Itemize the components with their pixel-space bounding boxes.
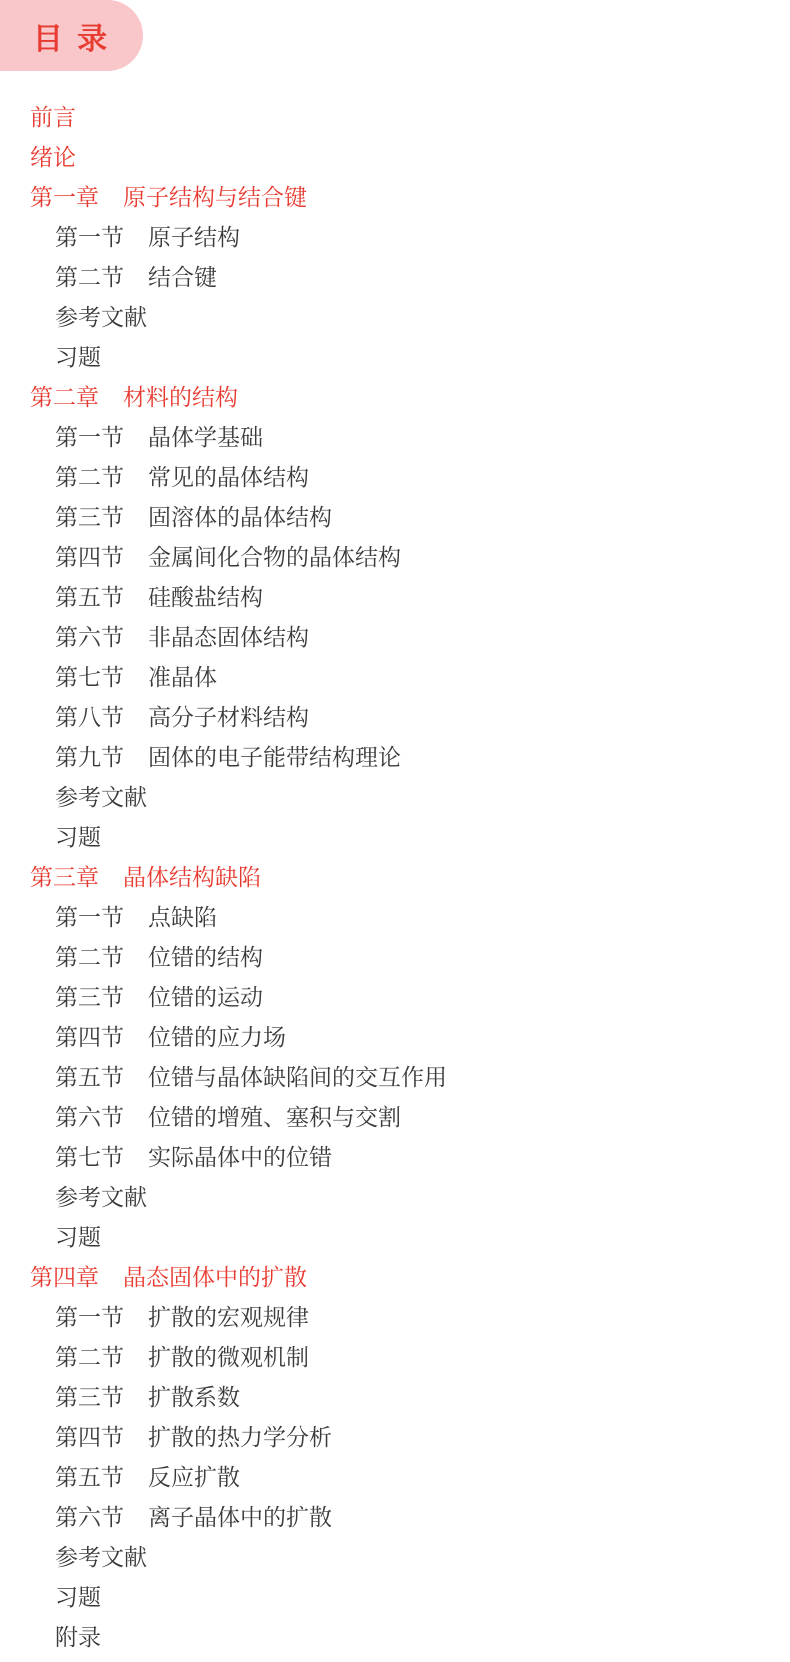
toc-item-chapter[interactable]: 第二章 材料的结构: [0, 375, 790, 415]
toc-item-section[interactable]: 第七节 实际晶体中的位错: [0, 1135, 790, 1175]
toc-item-num: 第三章: [30, 859, 99, 892]
toc-item-num: 第一节: [55, 419, 124, 452]
toc-item-title: 位错的增殖、塞积与交割: [148, 1099, 401, 1132]
toc-item-section[interactable]: 第二节 结合键: [0, 255, 790, 295]
toc-item-section[interactable]: 第六节 非晶态固体结构: [0, 615, 790, 655]
toc-item-num: 第四节: [55, 1019, 124, 1052]
toc-item-appendix[interactable]: 附录: [0, 1615, 790, 1655]
toc-item-section[interactable]: 第三节 扩散系数: [0, 1375, 790, 1415]
toc-item-section[interactable]: 第六节 位错的增殖、塞积与交割: [0, 1095, 790, 1135]
toc-item-title: 硅酸盐结构: [148, 579, 263, 612]
toc-item-front[interactable]: 绪论: [0, 135, 790, 175]
toc-item-title: 金属间化合物的晶体结构: [148, 539, 401, 572]
toc-item-section[interactable]: 第三节 固溶体的晶体结构: [0, 495, 790, 535]
toc-item-num: 第六节: [55, 619, 124, 652]
toc-item-section[interactable]: 第四节 金属间化合物的晶体结构: [0, 535, 790, 575]
toc-item-title: 材料的结构: [123, 379, 238, 412]
toc-item-section[interactable]: 第九节 固体的电子能带结构理论: [0, 735, 790, 775]
toc-item-num: 第六节: [55, 1499, 124, 1532]
toc-item-num: 第四章: [30, 1259, 99, 1292]
toc-item-title: 习题: [55, 339, 101, 372]
toc-item-title: 位错的结构: [148, 939, 263, 972]
toc-item-chapter[interactable]: 第一章 原子结构与结合键: [0, 175, 790, 215]
toc-item-num: 第六节: [55, 1099, 124, 1132]
toc-item-title: 离子晶体中的扩散: [148, 1499, 332, 1532]
toc-item-num: 第四节: [55, 1419, 124, 1452]
toc-item-num: 第二节: [55, 939, 124, 972]
toc-item-front[interactable]: 前言: [0, 95, 790, 135]
toc-item-title: 位错的运动: [148, 979, 263, 1012]
toc-item-title: 习题: [55, 819, 101, 852]
toc-item-aux[interactable]: 习题: [0, 815, 790, 855]
toc-item-section[interactable]: 第二节 位错的结构: [0, 935, 790, 975]
toc-item-section[interactable]: 第六节 离子晶体中的扩散: [0, 1495, 790, 1535]
toc-item-aux[interactable]: 参考文献: [0, 1535, 790, 1575]
toc-item-aux[interactable]: 习题: [0, 1215, 790, 1255]
toc-item-section[interactable]: 第二节 扩散的微观机制: [0, 1335, 790, 1375]
toc-item-title: 固溶体的晶体结构: [148, 499, 332, 532]
toc-item-title: 扩散的宏观规律: [148, 1299, 309, 1332]
page-title: 目 录: [33, 14, 110, 58]
toc-item-num: 第三节: [55, 979, 124, 1012]
toc-item-num: 第五节: [55, 1059, 124, 1092]
toc-item-section[interactable]: 第二节 常见的晶体结构: [0, 455, 790, 495]
toc-item-num: 第二章: [30, 379, 99, 412]
toc-item-section[interactable]: 第五节 硅酸盐结构: [0, 575, 790, 615]
toc-item-section[interactable]: 第一节 点缺陷: [0, 895, 790, 935]
toc-item-num: 第四节: [55, 539, 124, 572]
toc-item-title: 参考文献: [55, 299, 147, 332]
page: { "colors": { "accent_red": "#e73a30", "…: [0, 0, 790, 1662]
toc-item-title: 准晶体: [148, 659, 217, 692]
toc-header-badge: 目 录: [0, 0, 143, 71]
toc-item-num: 第五节: [55, 579, 124, 612]
toc-item-section[interactable]: 第一节 扩散的宏观规律: [0, 1295, 790, 1335]
toc-item-title: 扩散的微观机制: [148, 1339, 309, 1372]
toc-item-num: 第八节: [55, 699, 124, 732]
toc-item-title: 附录: [55, 1619, 101, 1652]
toc-item-section[interactable]: 第三节 位错的运动: [0, 975, 790, 1015]
toc-item-num: 第五节: [55, 1459, 124, 1492]
toc-item-num: 第二节: [55, 459, 124, 492]
toc-item-title: 参考文献: [55, 1179, 147, 1212]
toc-item-title: 位错的应力场: [148, 1019, 286, 1052]
toc-item-title: 实际晶体中的位错: [148, 1139, 332, 1172]
toc-item-title: 原子结构与结合键: [123, 179, 307, 212]
toc-item-title: 绪论: [30, 139, 76, 172]
toc-item-num: 第三节: [55, 499, 124, 532]
toc-item-section[interactable]: 第四节 位错的应力场: [0, 1015, 790, 1055]
toc-item-num: 第一节: [55, 1299, 124, 1332]
toc-item-title: 高分子材料结构: [148, 699, 309, 732]
toc-item-title: 习题: [55, 1219, 101, 1252]
toc-item-chapter[interactable]: 第四章 晶态固体中的扩散: [0, 1255, 790, 1295]
toc-item-title: 原子结构: [148, 219, 240, 252]
toc-item-num: 第三节: [55, 1379, 124, 1412]
toc-item-section[interactable]: 第一节 晶体学基础: [0, 415, 790, 455]
toc-item-title: 位错与晶体缺陷间的交互作用: [148, 1059, 447, 1092]
toc-item-num: 第一节: [55, 219, 124, 252]
toc-item-num: 第七节: [55, 1139, 124, 1172]
toc-item-num: 第一章: [30, 179, 99, 212]
toc-item-section[interactable]: 第四节 扩散的热力学分析: [0, 1415, 790, 1455]
toc-item-title: 固体的电子能带结构理论: [148, 739, 401, 772]
toc-item-section[interactable]: 第一节 原子结构: [0, 215, 790, 255]
toc-item-title: 习题: [55, 1579, 101, 1612]
toc-item-num: 第七节: [55, 659, 124, 692]
toc-item-aux[interactable]: 习题: [0, 1575, 790, 1615]
toc-item-title: 参考文献: [55, 1539, 147, 1572]
toc-item-section[interactable]: 第五节 位错与晶体缺陷间的交互作用: [0, 1055, 790, 1095]
toc-item-num: 第二节: [55, 1339, 124, 1372]
toc-item-chapter[interactable]: 第三章 晶体结构缺陷: [0, 855, 790, 895]
toc-item-aux[interactable]: 习题: [0, 335, 790, 375]
toc-item-title: 常见的晶体结构: [148, 459, 309, 492]
toc-item-title: 结合键: [148, 259, 217, 292]
toc-item-num: 第二节: [55, 259, 124, 292]
toc-item-title: 反应扩散: [148, 1459, 240, 1492]
toc-item-title: 扩散系数: [148, 1379, 240, 1412]
toc-item-aux[interactable]: 参考文献: [0, 775, 790, 815]
toc-item-section[interactable]: 第八节 高分子材料结构: [0, 695, 790, 735]
toc-item-aux[interactable]: 参考文献: [0, 1175, 790, 1215]
toc-item-title: 晶体学基础: [148, 419, 263, 452]
toc-item-section[interactable]: 第七节 准晶体: [0, 655, 790, 695]
toc-item-title: 参考文献: [55, 779, 147, 812]
toc-item-title: 晶态固体中的扩散: [123, 1259, 307, 1292]
toc-item-section[interactable]: 第五节 反应扩散: [0, 1455, 790, 1495]
toc-item-title: 非晶态固体结构: [148, 619, 309, 652]
toc-item-title: 点缺陷: [148, 899, 217, 932]
toc-item-num: 第一节: [55, 899, 124, 932]
toc-item-title: 晶体结构缺陷: [123, 859, 261, 892]
toc-item-aux[interactable]: 参考文献: [0, 295, 790, 335]
toc-item-title: 扩散的热力学分析: [148, 1419, 332, 1452]
toc-list: 前言 绪论 第一章 原子结构与结合键 第一节 原子结构 第二节 结合键 参考文献…: [0, 95, 790, 1655]
toc-item-title: 前言: [30, 99, 76, 132]
toc-item-num: 第九节: [55, 739, 124, 772]
